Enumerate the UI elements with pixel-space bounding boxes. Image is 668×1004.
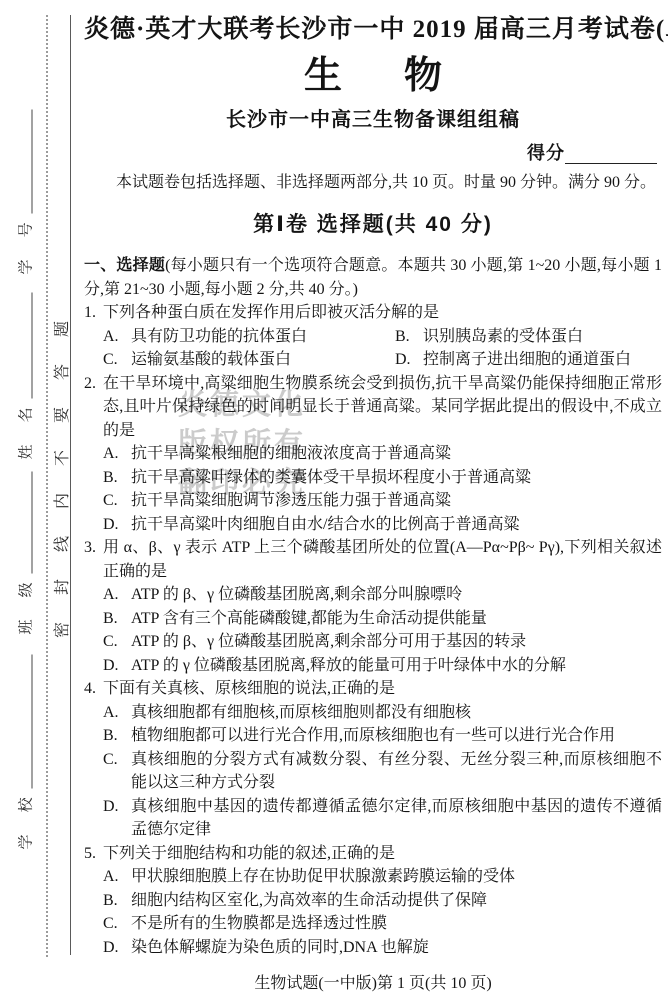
score-blank-line <box>565 143 657 164</box>
option-c: C. 运输氨基酸的载体蛋白 <box>103 348 395 372</box>
score-row: 得分 <box>84 138 662 164</box>
option-d: D. ATP 的 γ 位磷酸基团脱离,释放的能量可用于叶绿体中水的分解 <box>103 654 662 678</box>
option-a: A. 真核细胞都有细胞核,而原核细胞则都没有细胞核 <box>103 701 662 725</box>
school-field: 学 校 <box>15 655 37 850</box>
exam-instructions: 本试题卷包括选择题、非选择题两部分,共 10 页。时量 90 分钟。满分 90 … <box>84 172 662 194</box>
question-5-stem: 下列关于细胞结构和功能的叙述,正确的是 <box>103 842 662 866</box>
question-2-number: 2. <box>84 372 96 396</box>
question-4-number: 4. <box>84 677 96 701</box>
question-1-number: 1. <box>84 301 96 325</box>
option-c: C. ATP 的 β、γ 位磷酸基团脱离,剩余部分可用于基因的转录 <box>103 630 662 654</box>
option-a: A. 具有防卫功能的抗体蛋白 <box>103 325 395 349</box>
class-label: 班 级 <box>17 573 37 634</box>
student-name-blank-line <box>32 293 33 399</box>
question-4-stem: 下面有关真核、原核细胞的说法,正确的是 <box>103 677 662 701</box>
seal-line-text: 密封线内不要答题 <box>49 298 71 638</box>
student-name-label: 姓 名 <box>17 398 37 459</box>
class-field: 班 级 <box>15 472 37 635</box>
student-id-field: 学 号 <box>15 110 37 275</box>
option-c: C. 抗干旱高粱细胞调节渗透压能力强于普通高粱 <box>103 489 662 513</box>
student-id-label: 学 号 <box>17 213 37 274</box>
exam-subtitle: 长沙市一中高三生物备课组组稿 <box>84 108 662 132</box>
option-b: B. 植物细胞都可以进行光合作用,而原核细胞也有一些可以进行光合作用 <box>103 724 662 748</box>
question-4: 4. 下面有关真核、原核细胞的说法,正确的是 A. 真核细胞都有细胞核,而原核细… <box>84 677 662 842</box>
section-intro-rest: (每小题只有一个选项符合题意。本题共 30 小题,第 1~20 小题,每小题 1… <box>84 257 662 298</box>
option-d: D. 真核细胞中基因的遗传都遵循孟德尔定律,而原核细胞中基因的遗传不遵循孟德尔定… <box>103 795 662 842</box>
seal-dotted-line <box>46 15 48 957</box>
school-label: 学 校 <box>17 788 37 849</box>
question-1-options: A. 具有防卫功能的抗体蛋白 B. 识别胰岛素的受体蛋白 C. 运输氨基酸的载体… <box>103 325 662 372</box>
student-id-blank-line <box>32 110 33 214</box>
section-intro: 一、选择题(每小题只有一个选项符合题意。本题共 30 小题,第 1~20 小题,… <box>84 254 662 301</box>
section-intro-lead: 一、选择题 <box>84 257 165 274</box>
page-footer: 生物试题(一中版)第 1 页(共 10 页) <box>84 970 662 993</box>
option-d: D. 控制离子进出细胞的通道蛋白 <box>395 348 662 372</box>
question-2: 2. 在干旱环境中,高粱细胞生物膜系统会受到损伤,抗干旱高粱仍能保持细胞正常形态… <box>84 372 662 537</box>
question-1-stem: 下列各种蛋白质在发挥作用后即被灭活分解的是 <box>103 301 662 325</box>
question-1: 1. 下列各种蛋白质在发挥作用后即被灭活分解的是 A. 具有防卫功能的抗体蛋白 … <box>84 301 662 372</box>
option-d: D. 染色体解螺旋为染色质的同时,DNA 也解旋 <box>103 936 662 960</box>
option-a: A. 甲状腺细胞膜上存在协助促甲状腺激素跨膜运输的受体 <box>103 865 662 889</box>
section-heading: 第Ⅰ卷 选择题(共 40 分) <box>84 212 662 238</box>
question-3-stem: 用 α、β、γ 表示 ATP 上三个磷酸基团所处的位置(A—Pα~Pβ~ Pγ)… <box>103 536 662 583</box>
score-label: 得分 <box>527 142 565 164</box>
question-5-number: 5. <box>84 842 96 866</box>
student-name-field: 姓 名 <box>15 293 37 460</box>
question-3-number: 3. <box>84 536 96 560</box>
exam-page: 炎德·英才大联考长沙市一中 2019 届高三月考试卷(二) 生物 长沙市一中高三… <box>84 0 662 959</box>
question-5: 5. 下列关于细胞结构和功能的叙述,正确的是 A. 甲状腺细胞膜上存在协助促甲状… <box>84 842 662 960</box>
question-3: 3. 用 α、β、γ 表示 ATP 上三个磷酸基团所处的位置(A—Pα~Pβ~ … <box>84 536 662 677</box>
option-b: B. 识别胰岛素的受体蛋白 <box>395 325 662 349</box>
school-blank-line <box>32 655 33 789</box>
option-b: B. 抗干旱高粱叶绿体的类囊体受干旱损坏程度小于普通高粱 <box>103 466 662 490</box>
option-c: C. 不是所有的生物膜都是选择透过性膜 <box>103 912 662 936</box>
class-blank-line <box>32 472 33 574</box>
option-c: C. 真核细胞的分裂方式有减数分裂、有丝分裂、无丝分裂三种,而原核细胞不能以这三… <box>103 748 662 795</box>
subject-title: 生物 <box>84 52 662 100</box>
option-b: B. 细胞内结构区室化,为高效率的生命活动提供了保障 <box>103 889 662 913</box>
option-d: D. 抗干旱高粱叶肉细胞自由水/结合水的比例高于普通高粱 <box>103 513 662 537</box>
question-2-stem: 在干旱环境中,高粱细胞生物膜系统会受到损伤,抗干旱高粱仍能保持细胞正常形态,且叶… <box>103 372 662 443</box>
option-b: B. ATP 含有三个高能磷酸键,都能为生命活动提供能量 <box>103 607 662 631</box>
exam-title: 炎德·英才大联考长沙市一中 2019 届高三月考试卷(二) <box>84 14 662 46</box>
option-a: A. 抗干旱高粱根细胞的细胞液浓度高于普通高粱 <box>103 442 662 466</box>
option-a: A. ATP 的 β、γ 位磷酸基团脱离,剩余部分叫腺嘌呤 <box>103 583 662 607</box>
